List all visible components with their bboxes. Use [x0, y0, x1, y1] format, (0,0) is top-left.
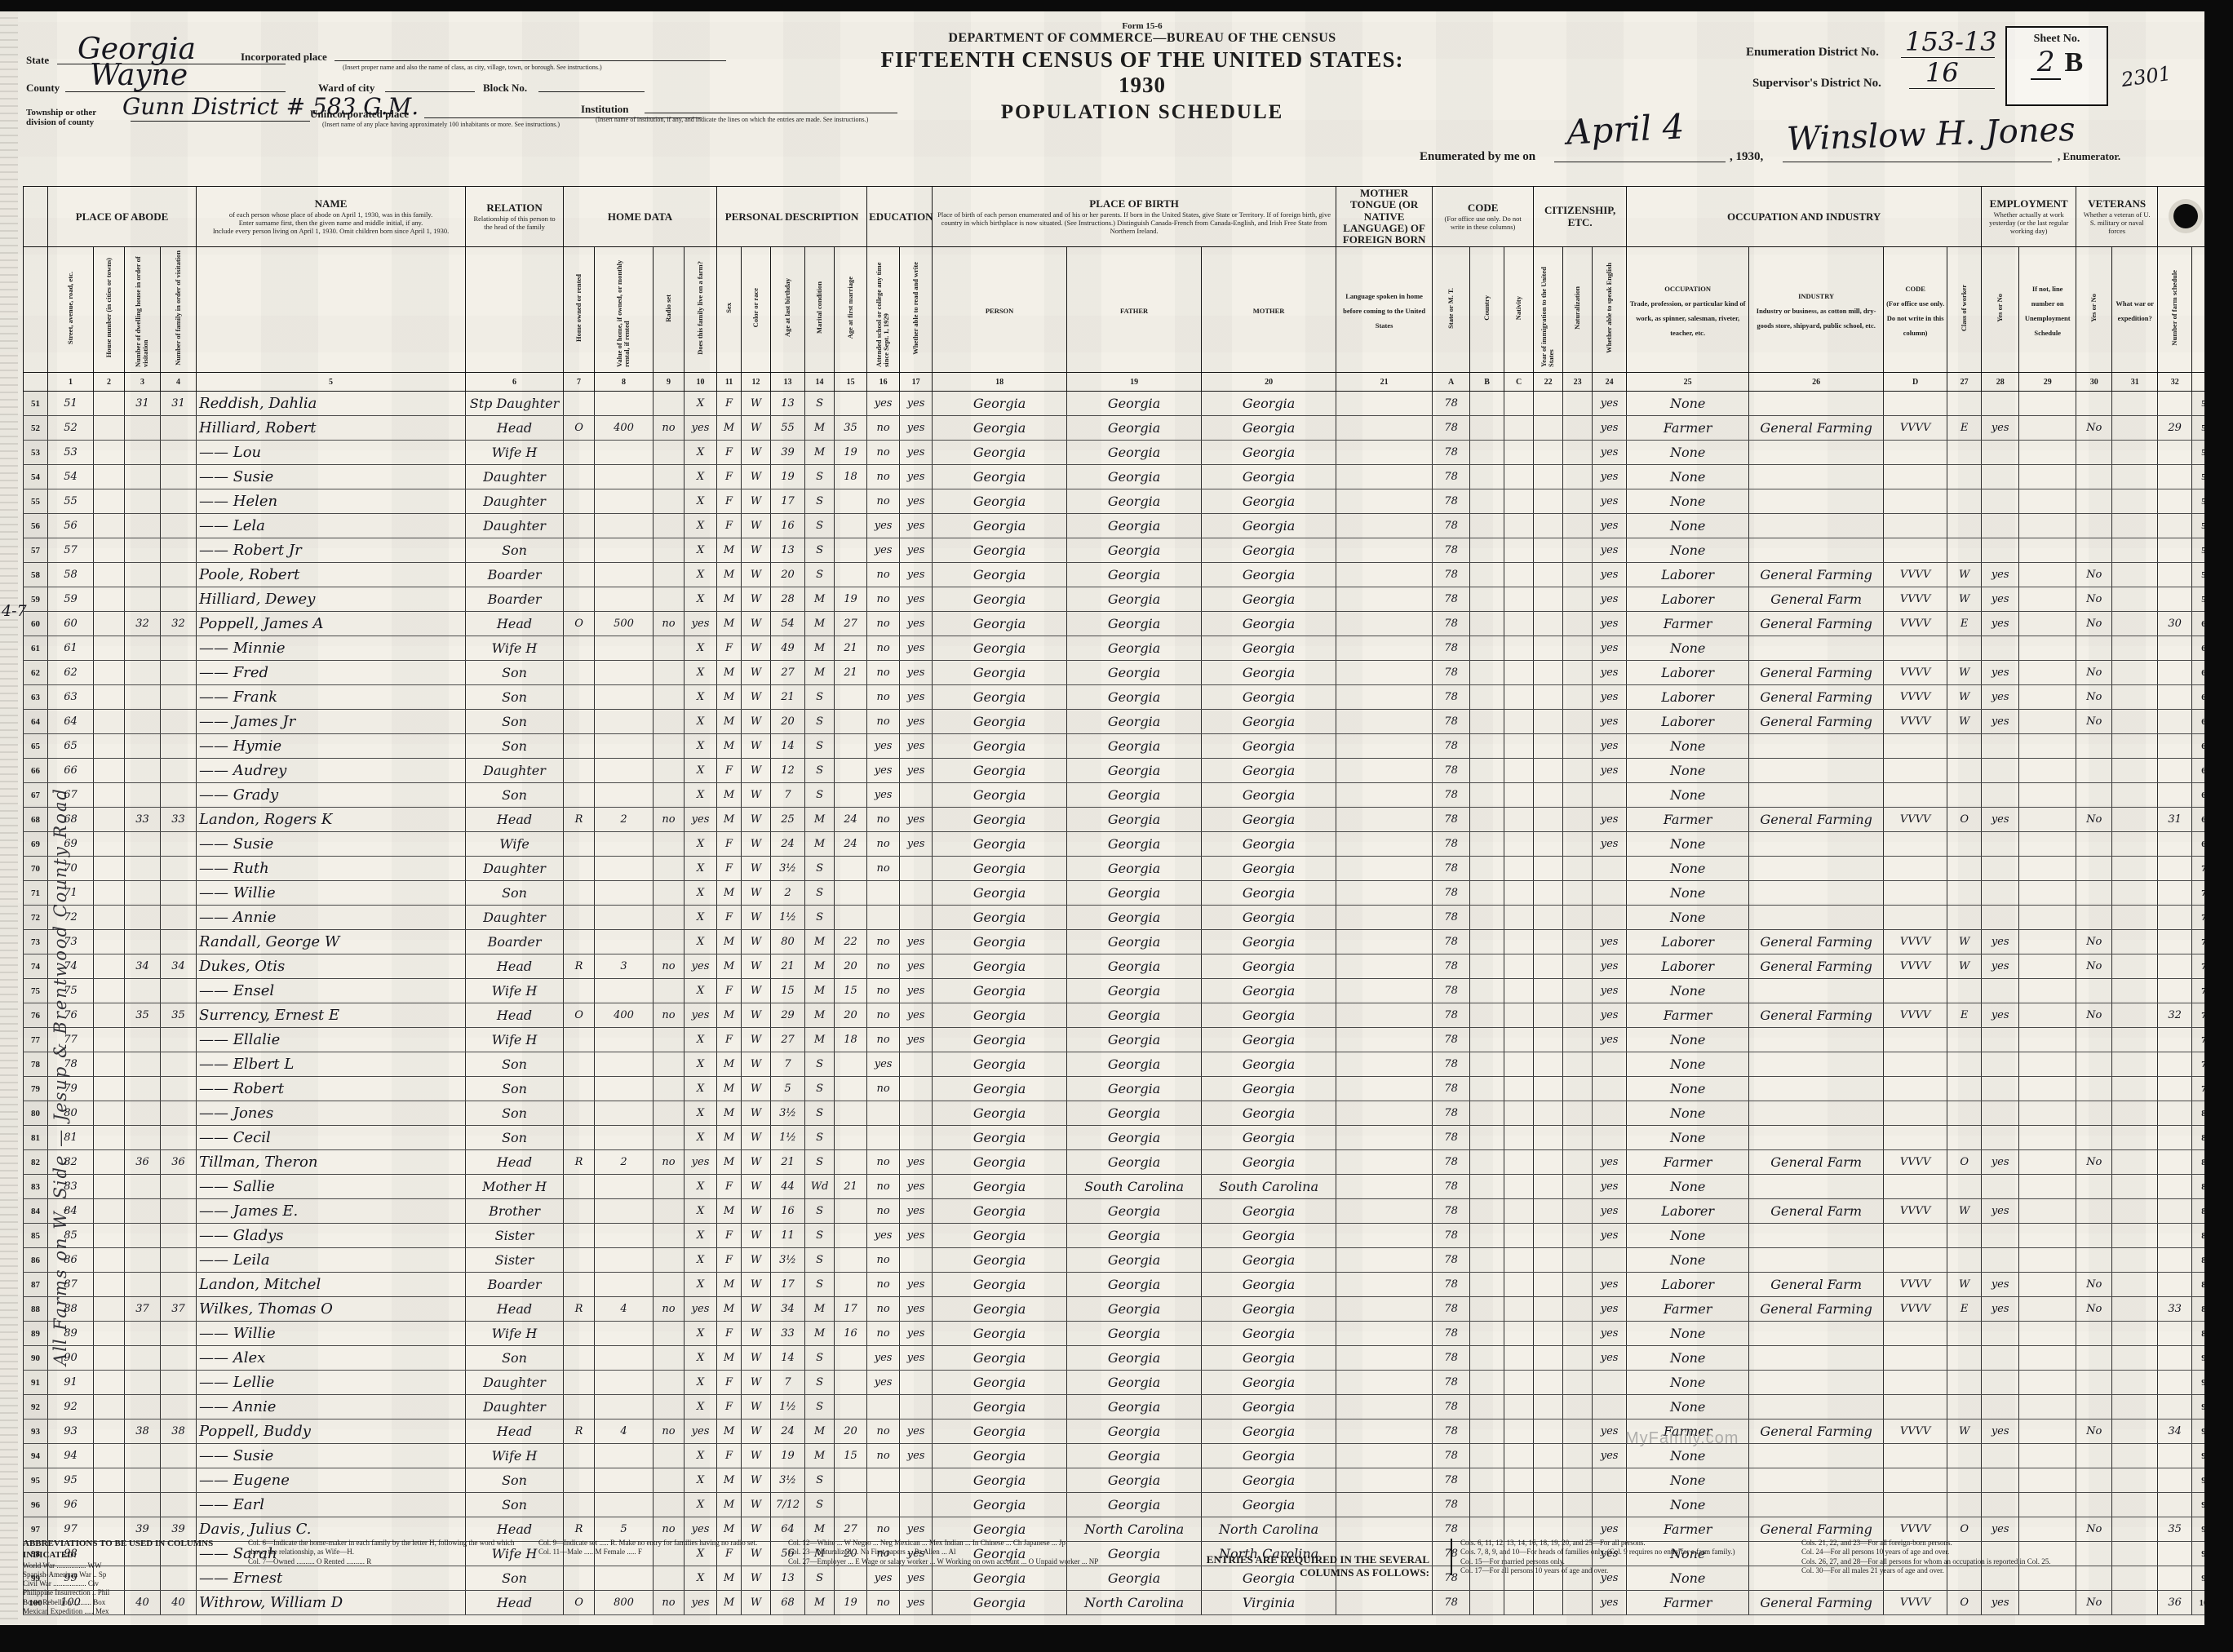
cell-agem: [835, 759, 867, 783]
cell-sex: M: [717, 685, 742, 710]
cell-radio: [654, 1175, 685, 1199]
cell-imm: [1534, 416, 1563, 441]
cell-rw: [900, 783, 933, 808]
cell-race: W: [742, 930, 771, 954]
cell-eng: [1593, 1395, 1627, 1419]
col-label-vet: Yes or No: [2076, 247, 2112, 373]
cell-ln2: 65: [2192, 734, 2204, 759]
cell-cA: 78: [1433, 441, 1470, 465]
cell-occ: None: [1627, 441, 1749, 465]
cell-ln2: 95: [2192, 1468, 2204, 1493]
cell-ln: 66: [24, 759, 48, 783]
cell-race: W: [742, 1297, 771, 1322]
cell-house: [94, 1493, 125, 1517]
cell-ln: 69: [24, 832, 48, 857]
cell-house: [94, 392, 125, 416]
table-row: 9494—— SusieWife HXFW19M15noyesGeorgiaGe…: [24, 1444, 2205, 1468]
cell-rel: Daughter: [466, 514, 564, 538]
cell-mar: M: [805, 954, 835, 979]
cell-farm: yes: [685, 612, 717, 636]
cell-vet: [2076, 1468, 2112, 1493]
cell-cB: [1470, 1175, 1504, 1199]
cell-cls: E: [1947, 416, 1982, 441]
cell-sch: no: [867, 489, 900, 514]
cell-sex: M: [717, 1126, 742, 1150]
col-label-ind: INDUSTRY Industry or business, as cotton…: [1749, 247, 1884, 373]
cell-name: Poppell, Buddy: [197, 1419, 466, 1444]
cell-ln2: 73: [2192, 930, 2204, 954]
cell-tongue: [1336, 514, 1433, 538]
cell-nat: [1563, 1101, 1593, 1126]
cell-pobf: Georgia: [1067, 1297, 1202, 1322]
table-row: 7878—— Elbert LSonXMW7SyesGeorgiaGeorgia…: [24, 1052, 2205, 1077]
cell-tongue: [1336, 1101, 1433, 1126]
enumerated-date-rule: [1554, 162, 1726, 162]
cell-val: [595, 734, 654, 759]
cell-ind: General Farming: [1749, 808, 1884, 832]
cell-ln2: 100: [2192, 1591, 2204, 1615]
cell-fam: [161, 832, 197, 857]
cell-ind: General Farming: [1749, 685, 1884, 710]
cell-ln2: 62: [2192, 661, 2204, 685]
col-num-B: B: [1470, 373, 1504, 392]
cell-vet: [2076, 734, 2112, 759]
table-row: 6767—— GradySonXMW7SyesGeorgiaGeorgiaGeo…: [24, 783, 2205, 808]
cell-eng: [1593, 1248, 1627, 1273]
cell-pobm: Georgia: [1202, 710, 1336, 734]
cell-rel: Head: [466, 1419, 564, 1444]
cell-war: [2112, 759, 2158, 783]
cell-house: [94, 416, 125, 441]
cell-ln: 80: [24, 1101, 48, 1126]
cell-ln: 68: [24, 808, 48, 832]
cell-nat: [1563, 1297, 1593, 1322]
cell-rw: yes: [900, 1346, 933, 1371]
cell-vet: [2076, 1028, 2112, 1052]
cell-sch: yes: [867, 1224, 900, 1248]
cell-name: —— Jones: [197, 1101, 466, 1126]
cell-rw: [900, 1126, 933, 1150]
cell-race: W: [742, 685, 771, 710]
cell-dw: [125, 514, 161, 538]
cell-rw: [900, 1493, 933, 1517]
cell-work: [1982, 734, 2019, 759]
cell-ln: 58: [24, 563, 48, 587]
cell-cC: [1504, 1224, 1534, 1248]
sheet-letter: B: [2064, 47, 2083, 78]
cell-cls: W: [1947, 661, 1982, 685]
cell-cB: [1470, 685, 1504, 710]
cell-sex: M: [717, 1199, 742, 1224]
cell-work: yes: [1982, 587, 2019, 612]
cell-nat: [1563, 538, 1593, 563]
cell-ind: [1749, 1346, 1884, 1371]
col-label-unemp: If not, line number on Unemployment Sche…: [2019, 247, 2076, 373]
cell-tongue: [1336, 465, 1433, 489]
cell-mar: S: [805, 881, 835, 906]
cell-val: [595, 563, 654, 587]
group-V: VETERANSWhether a veteran of U. S. milit…: [2076, 187, 2158, 247]
cell-rw: yes: [900, 759, 933, 783]
cell-fam: [161, 1371, 197, 1395]
cell-rel: Son: [466, 1468, 564, 1493]
cell-dw: [125, 930, 161, 954]
cell-unemp: [2019, 759, 2076, 783]
cell-cD: [1884, 1175, 1947, 1199]
cell-eng: yes: [1593, 1444, 1627, 1468]
cell-ln: 78: [24, 1052, 48, 1077]
cell-work: [1982, 1371, 2019, 1395]
cell-radio: [654, 979, 685, 1003]
cell-fam: [161, 1346, 197, 1371]
col-num-3: 3: [125, 373, 161, 392]
cell-age: 20: [771, 710, 805, 734]
cell-ind: [1749, 857, 1884, 881]
cell-pob: Georgia: [933, 1175, 1067, 1199]
cell-eng: yes: [1593, 1175, 1627, 1199]
cell-cA: 78: [1433, 1419, 1470, 1444]
cell-pobf: Georgia: [1067, 1248, 1202, 1273]
unincorporated-label: Unincorporated place: [310, 108, 409, 121]
cell-war: [2112, 1371, 2158, 1395]
cell-house: [94, 441, 125, 465]
cell-dw: [125, 1248, 161, 1273]
cell-agem: [835, 1077, 867, 1101]
cell-agem: 18: [835, 465, 867, 489]
cell-own: [564, 1468, 595, 1493]
cell-work: yes: [1982, 661, 2019, 685]
table-row: 76763535Surrency, Ernest EHeadO400noyesM…: [24, 1003, 2205, 1028]
table-row: 5252Hilliard, RobertHeadO400noyesMW55M35…: [24, 416, 2205, 441]
cell-imm: [1534, 759, 1563, 783]
cell-unemp: [2019, 930, 2076, 954]
cell-name: Hilliard, Robert: [197, 416, 466, 441]
cell-race: W: [742, 1273, 771, 1297]
cell-agem: 19: [835, 587, 867, 612]
cell-vet: No: [2076, 685, 2112, 710]
cell-house: [94, 1101, 125, 1126]
cell-name: —— Elbert L: [197, 1052, 466, 1077]
cell-ln: 71: [24, 881, 48, 906]
cell-radio: [654, 1444, 685, 1468]
cell-farm: X: [685, 1322, 717, 1346]
cell-tongue: [1336, 1371, 1433, 1395]
cell-imm: [1534, 1052, 1563, 1077]
block-label: Block No.: [483, 82, 527, 95]
cell-name: Randall, George W: [197, 930, 466, 954]
cell-vet: [2076, 1444, 2112, 1468]
cell-unemp: [2019, 441, 2076, 465]
cell-age: 14: [771, 1346, 805, 1371]
cell-rel: Stp Daughter: [466, 392, 564, 416]
col-label-war: What war or expedition?: [2112, 247, 2158, 373]
cell-cC: [1504, 881, 1534, 906]
cell-pob: Georgia: [933, 1003, 1067, 1028]
footer-note-line: Col. 27—Employer ... E Wage or salary wo…: [788, 1557, 1139, 1566]
cell-fam: 33: [161, 808, 197, 832]
cell-fs: [2158, 1077, 2192, 1101]
cell-war: [2112, 1322, 2158, 1346]
cell-imm: [1534, 1101, 1563, 1126]
col-num-D: D: [1884, 373, 1947, 392]
cell-war: [2112, 1248, 2158, 1273]
county-value: Wayne: [90, 59, 188, 92]
cell-dw: [125, 832, 161, 857]
cell-unemp: [2019, 1493, 2076, 1517]
cell-cls: [1947, 906, 1982, 930]
cell-sex: F: [717, 1444, 742, 1468]
enumerator-name-value: Winslow H. Jones: [1786, 111, 2076, 158]
cell-pobf: Georgia: [1067, 441, 1202, 465]
cell-dw: [125, 416, 161, 441]
cell-cls: [1947, 979, 1982, 1003]
cell-cA: 78: [1433, 1248, 1470, 1273]
cell-fam: [161, 1101, 197, 1126]
cell-mar: S: [805, 514, 835, 538]
col-label-fs: Number of farm schedule: [2158, 247, 2192, 373]
cell-own: [564, 1101, 595, 1126]
cell-radio: [654, 734, 685, 759]
street-column-note: All Farms on W. Side — Jesup & Brentwood…: [51, 207, 70, 1366]
cell-pobm: Georgia: [1202, 954, 1336, 979]
cell-rw: yes: [900, 489, 933, 514]
cell-cA: 78: [1433, 1175, 1470, 1199]
cell-sex: F: [717, 441, 742, 465]
cell-mar: S: [805, 783, 835, 808]
incorporated-place-label: Incorporated place: [241, 51, 327, 64]
cell-cls: W: [1947, 1419, 1982, 1444]
cell-house: [94, 1395, 125, 1419]
form-title-block: Form 15-6 DEPARTMENT OF COMMERCE—BUREAU …: [857, 21, 1428, 124]
cell-agem: 24: [835, 832, 867, 857]
cell-house: [94, 734, 125, 759]
cell-ind: General Farming: [1749, 416, 1884, 441]
cell-sex: F: [717, 979, 742, 1003]
cell-mar: S: [805, 1199, 835, 1224]
table-row: 93933838Poppell, BuddyHeadR4noyesMW24M20…: [24, 1419, 2205, 1444]
cell-agem: [835, 685, 867, 710]
cell-vet: No: [2076, 612, 2112, 636]
cell-rel: Son: [466, 1126, 564, 1150]
cell-radio: [654, 930, 685, 954]
cell-house: [94, 1126, 125, 1150]
cell-ind: [1749, 465, 1884, 489]
cell-rel: Son: [466, 734, 564, 759]
cell-nat: [1563, 832, 1593, 857]
cell-age: 17: [771, 1273, 805, 1297]
cell-pobm: Georgia: [1202, 1248, 1336, 1273]
cell-cC: [1504, 857, 1534, 881]
cell-pobm: Georgia: [1202, 1468, 1336, 1493]
cell-work: yes: [1982, 1419, 2019, 1444]
cell-vet: [2076, 1493, 2112, 1517]
cell-tongue: [1336, 710, 1433, 734]
cell-sch: [867, 1126, 900, 1150]
cell-sch: yes: [867, 1052, 900, 1077]
cell-unemp: [2019, 1248, 2076, 1273]
cell-house: [94, 1052, 125, 1077]
cell-eng: [1593, 881, 1627, 906]
cell-vet: [2076, 979, 2112, 1003]
cell-rw: yes: [900, 563, 933, 587]
cell-cA: 78: [1433, 930, 1470, 954]
cell-unemp: [2019, 465, 2076, 489]
cell-farm: X: [685, 538, 717, 563]
cell-pob: Georgia: [933, 587, 1067, 612]
cell-farm: yes: [685, 1150, 717, 1175]
cell-fam: [161, 979, 197, 1003]
cell-cB: [1470, 1077, 1504, 1101]
cell-ln2: 59: [2192, 587, 2204, 612]
cell-rw: yes: [900, 392, 933, 416]
cell-farm: X: [685, 710, 717, 734]
cell-war: [2112, 1346, 2158, 1371]
cell-eng: yes: [1593, 563, 1627, 587]
cell-fs: [2158, 1346, 2192, 1371]
cell-rw: yes: [900, 1297, 933, 1322]
cell-farm: X: [685, 489, 717, 514]
cell-pob: Georgia: [933, 832, 1067, 857]
cell-sex: F: [717, 906, 742, 930]
cell-pob: Georgia: [933, 710, 1067, 734]
cell-eng: yes: [1593, 1322, 1627, 1346]
cell-rel: Wife H: [466, 441, 564, 465]
cell-mar: S: [805, 1077, 835, 1101]
cell-rel: Son: [466, 1346, 564, 1371]
cell-val: [595, 759, 654, 783]
cell-ind: General Farming: [1749, 1003, 1884, 1028]
cell-farm: X: [685, 1493, 717, 1517]
cell-unemp: [2019, 489, 2076, 514]
cell-fam: [161, 1199, 197, 1224]
cell-vet: No: [2076, 1419, 2112, 1444]
cell-sex: F: [717, 857, 742, 881]
cell-cB: [1470, 906, 1504, 930]
cell-radio: [654, 1052, 685, 1077]
cell-own: R: [564, 1297, 595, 1322]
group-X: [24, 187, 48, 247]
cell-agem: [835, 1248, 867, 1273]
cell-pob: Georgia: [933, 759, 1067, 783]
cell-war: [2112, 734, 2158, 759]
table-row: 7272—— AnnieDaughterXFW1½SGeorgiaGeorgia…: [24, 906, 2205, 930]
cell-sex: F: [717, 1395, 742, 1419]
cell-nat: [1563, 514, 1593, 538]
cell-own: O: [564, 416, 595, 441]
cell-ln: 86: [24, 1248, 48, 1273]
cell-nat: [1563, 1273, 1593, 1297]
cell-cB: [1470, 538, 1504, 563]
cell-pobf: Georgia: [1067, 514, 1202, 538]
cell-pobf: Georgia: [1067, 489, 1202, 514]
cell-sex: M: [717, 954, 742, 979]
cell-val: [595, 1199, 654, 1224]
cell-sch: no: [867, 563, 900, 587]
cell-name: —— Frank: [197, 685, 466, 710]
cell-occ: None: [1627, 759, 1749, 783]
cell-cC: [1504, 1150, 1534, 1175]
cell-cls: [1947, 1248, 1982, 1273]
cell-dw: [125, 734, 161, 759]
cell-imm: [1534, 685, 1563, 710]
cell-val: [595, 832, 654, 857]
cell-tongue: [1336, 685, 1433, 710]
cell-age: 28: [771, 587, 805, 612]
cell-rw: [900, 1077, 933, 1101]
cell-vet: [2076, 1322, 2112, 1346]
punch-hole: [2173, 204, 2198, 228]
cell-dw: [125, 1493, 161, 1517]
cell-val: [595, 979, 654, 1003]
cell-nat: [1563, 1322, 1593, 1346]
cell-tongue: [1336, 1077, 1433, 1101]
cell-pobf: Georgia: [1067, 1273, 1202, 1297]
cell-pobf: Georgia: [1067, 612, 1202, 636]
col-label-cD: CODE (For office use only. Do not write …: [1884, 247, 1947, 373]
cell-pob: Georgia: [933, 783, 1067, 808]
cell-mar: S: [805, 563, 835, 587]
cell-war: [2112, 857, 2158, 881]
page-number-annotation: 2301: [2120, 62, 2172, 91]
cell-agem: 15: [835, 1444, 867, 1468]
table-row: 7373Randall, George WBoarderXMW80M22noye…: [24, 930, 2205, 954]
sup-district-label: Supervisor's District No.: [1752, 77, 1881, 91]
cell-race: W: [742, 1468, 771, 1493]
cell-pobf: Georgia: [1067, 416, 1202, 441]
cell-cB: [1470, 857, 1504, 881]
cell-house: [94, 465, 125, 489]
table-row: 9696—— EarlSonXMW7/12SGeorgiaGeorgiaGeor…: [24, 1493, 2205, 1517]
cell-pobm: Georgia: [1202, 1003, 1336, 1028]
cell-val: [595, 685, 654, 710]
cell-ln: 88: [24, 1297, 48, 1322]
cell-fs: [2158, 587, 2192, 612]
group-R: RELATIONRelationship of this person to t…: [466, 187, 564, 247]
cell-dw: 35: [125, 1003, 161, 1028]
table-row: 5656—— LelaDaughterXFW16SyesyesGeorgiaGe…: [24, 514, 2205, 538]
cell-pobf: Georgia: [1067, 1003, 1202, 1028]
enumerated-date-value: April 4: [1566, 106, 1686, 152]
cell-tongue: [1336, 1346, 1433, 1371]
cell-cls: W: [1947, 587, 1982, 612]
cell-pob: Georgia: [933, 514, 1067, 538]
cell-imm: [1534, 538, 1563, 563]
cell-pobf: Georgia: [1067, 734, 1202, 759]
entries-note-line: Cols. 6, 11, 12, 13, 14, 16, 18, 19, 20,…: [1460, 1539, 1787, 1548]
cell-pobf: Georgia: [1067, 538, 1202, 563]
cell-val: [595, 392, 654, 416]
cell-cA: 78: [1433, 514, 1470, 538]
entries-note-line: Col. 15—For married persons only.: [1460, 1557, 1787, 1566]
cell-age: 3½: [771, 1468, 805, 1493]
col-num-17: 17: [900, 373, 933, 392]
cell-dw: [125, 979, 161, 1003]
cell-name: Tillman, Theron: [197, 1150, 466, 1175]
cell-dw: [125, 661, 161, 685]
cell-nat: [1563, 1371, 1593, 1395]
cell-work: [1982, 1126, 2019, 1150]
cell-tongue: [1336, 734, 1433, 759]
cell-cD: [1884, 783, 1947, 808]
cell-age: 33: [771, 1322, 805, 1346]
cell-rw: yes: [900, 1003, 933, 1028]
cell-race: W: [742, 392, 771, 416]
cell-pobf: Georgia: [1067, 1322, 1202, 1346]
cell-fs: [2158, 832, 2192, 857]
group-P: PERSONAL DESCRIPTION: [717, 187, 867, 247]
cell-radio: [654, 1028, 685, 1052]
cell-cA: 78: [1433, 1224, 1470, 1248]
